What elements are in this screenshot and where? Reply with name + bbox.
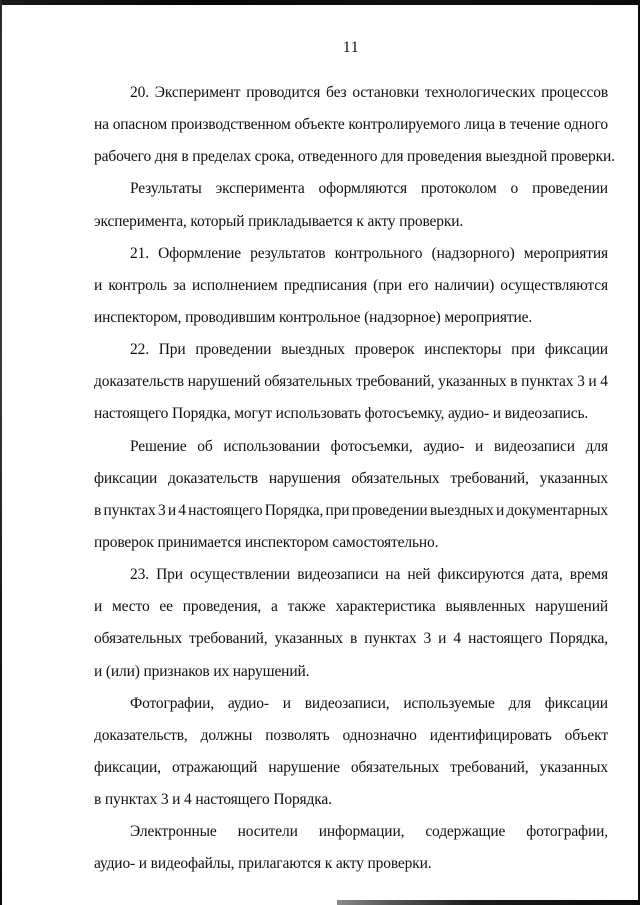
page-number: 11 — [94, 39, 608, 57]
text-line: в пунктах 3 и 4 настоящего Порядка. — [94, 784, 608, 816]
text-line: инспектором, проводившим контрольное (на… — [94, 302, 608, 334]
text-block: 20.Экспериментпроводитсябезостановкитехн… — [94, 77, 608, 881]
text-line: рабочего дня в пределах срока, отведенно… — [94, 141, 608, 173]
text-line: 22.Припроведениивыездныхпроверокинспекто… — [94, 334, 608, 366]
text-line: фиксации,отражающийнарушениеобязательных… — [94, 752, 608, 784]
text-line: обязательныхтребований,указанныхвпунктах… — [94, 623, 608, 655]
text-line: 20.Экспериментпроводитсябезостановкитехн… — [94, 77, 608, 109]
text-line: фиксациидоказательствнарушенияобязательн… — [94, 463, 608, 495]
text-line: 23.Приосуществлениивидеозаписинанейфикси… — [94, 559, 608, 591]
text-line: Фотографии,аудио-ивидеозаписи,используем… — [94, 688, 608, 720]
text-line: 21.Оформлениерезультатовконтрольного(над… — [94, 238, 608, 270]
text-line: доказательств,должныпозволятьоднозначнои… — [94, 720, 608, 752]
document-page: 11 20.Экспериментпроводитсябезостановкит… — [0, 0, 640, 905]
text-line: иместоеепроведения,атакжехарактеристикав… — [94, 591, 608, 623]
text-line: наопасномпроизводственномобъектеконтроли… — [94, 109, 608, 141]
scan-edge-left — [0, 0, 2, 905]
text-line: и (или) признаков их нарушений. — [94, 656, 608, 688]
text-line: Результатыэкспериментаоформляютсяпротоко… — [94, 173, 608, 205]
text-line: иконтрользаисполнениемпредписания(приего… — [94, 270, 608, 302]
text-line: Электронныеносителиинформации,содержащие… — [94, 816, 608, 848]
text-line: доказательствнарушенийобязательныхтребов… — [94, 366, 608, 398]
text-line: впунктах3и4настоящегоПорядка,припроведен… — [94, 495, 608, 527]
scan-edge-top — [0, 0, 640, 5]
text-line: эксперимента, который прикладывается к а… — [94, 206, 608, 238]
text-line: настоящего Порядка, могут использовать ф… — [94, 398, 608, 430]
scan-edge-bottom — [337, 900, 640, 905]
text-line: Решениеобиспользованиифотосъемки,аудио-и… — [94, 431, 608, 463]
text-line: проверок принимается инспектором самосто… — [94, 527, 608, 559]
text-line: аудио- и видеофайлы, прилагаются к акту … — [94, 848, 608, 880]
